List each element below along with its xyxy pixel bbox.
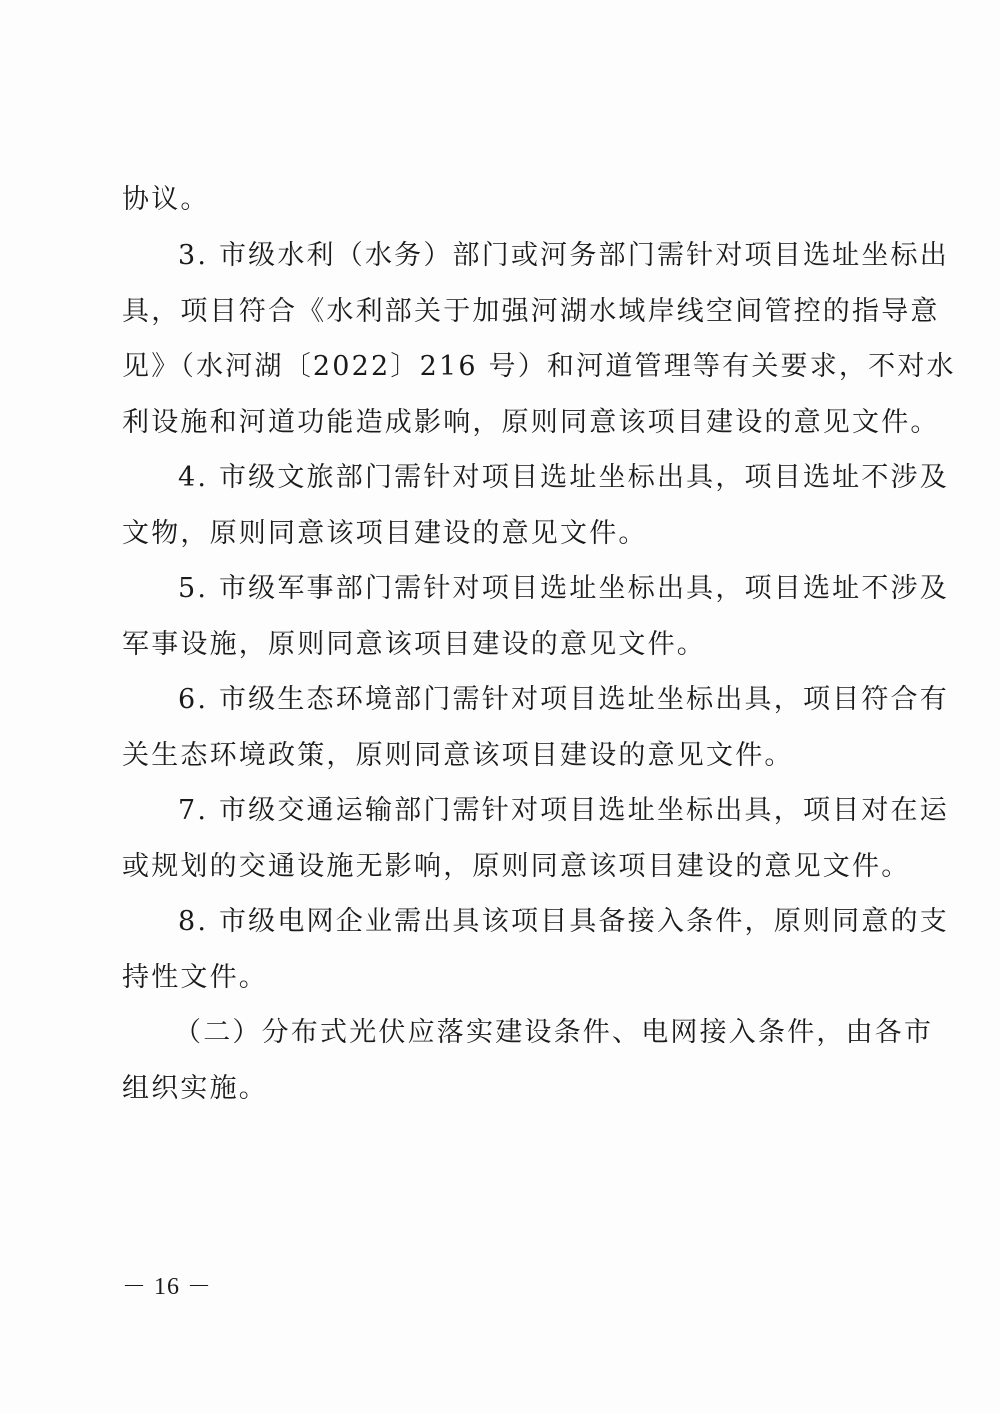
item-6-line-1: 6. 市级生态环境部门需针对项目选址坐标出具，项目符合有 xyxy=(178,682,949,718)
item-3-line-4: 利设施和河道功能造成影响，原则同意该项目建设的意见文件。 xyxy=(122,405,940,441)
document-page: 协议。 3. 市级水利（水务）部门或河务部门需针对项目选址坐标出 具，项目符合《… xyxy=(0,0,1000,1414)
item-5-line-2: 军事设施，原则同意该项目建设的意见文件。 xyxy=(122,627,706,663)
section-2-line-1: （二）分布式光伏应落实建设条件、电网接入条件，由各市 xyxy=(174,1015,933,1051)
item-5-line-1: 5. 市级军事部门需针对项目选址坐标出具，项目选址不涉及 xyxy=(178,571,949,607)
item-4-line-2: 文物，原则同意该项目建设的意见文件。 xyxy=(122,516,648,552)
item-8-line-2: 持性文件。 xyxy=(122,960,268,996)
item-3-line-1: 3. 市级水利（水务）部门或河务部门需针对项目选址坐标出 xyxy=(178,238,949,274)
item-6-line-2: 关生态环境政策，原则同意该项目建设的意见文件。 xyxy=(122,738,794,774)
page-number: － 16 － xyxy=(122,1272,212,1302)
item-7-line-1: 7. 市级交通运输部门需针对项目选址坐标出具，项目对在运 xyxy=(178,793,949,829)
item-4-line-1: 4. 市级文旅部门需针对项目选址坐标出具，项目选址不涉及 xyxy=(178,460,949,496)
section-2-line-2: 组织实施。 xyxy=(122,1071,268,1107)
item-7-line-2: 或规划的交通设施无影响，原则同意该项目建设的意见文件。 xyxy=(122,849,910,885)
item-3-line-2: 具，项目符合《水利部关于加强河湖水域岸线空间管控的指导意 xyxy=(122,294,940,330)
item-8-line-1: 8. 市级电网企业需出具该项目具备接入条件，原则同意的支 xyxy=(178,904,949,940)
text-line: 协议。 xyxy=(122,182,210,218)
item-3-line-3: 见》（水河湖〔2022〕216 号）和河道管理等有关要求，不对水 xyxy=(122,349,956,385)
